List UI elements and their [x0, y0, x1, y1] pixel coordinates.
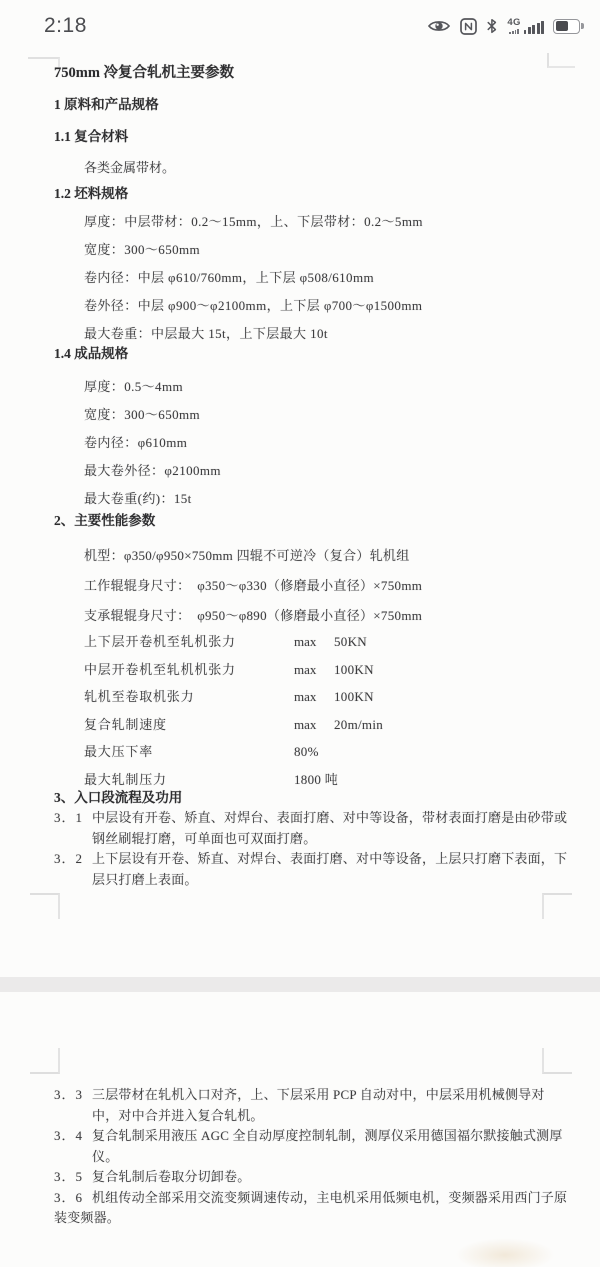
nfc-icon [460, 18, 477, 35]
status-icons: 4G [427, 18, 584, 35]
document-page-2[interactable]: 3．3三层带材在轧机入口对齐，上、下层采用 PCP 自动对中，中层采用机械侧导对… [54, 1085, 570, 1229]
doc-title: 750mm 冷复合轧机主要参数 [54, 63, 570, 83]
battery-fill [556, 21, 568, 31]
performance-table: 上下层开卷机至轧机张力max50KN 中层开卷机至轧机机张力max100KN 轧… [84, 628, 570, 793]
section-1-1-heading: 1.1 复合材料 [54, 127, 570, 147]
list-item-text: 上下层设有开卷、矫直、对焊台、表面打磨、对中等设备，上层只打磨下表面，下层只打磨… [92, 851, 567, 887]
product-spec-line: 卷内径：φ610mm [84, 429, 570, 457]
document-page-1[interactable]: 750mm 冷复合轧机主要参数 1 原料和产品规格 1.1 复合材料 各类金属带… [54, 63, 570, 890]
billet-spec-line: 卷内径：中层 φ610/760mm，上下层 φ508/610mm [84, 264, 570, 292]
eye-protection-icon [427, 18, 451, 34]
list-item-number: 3．4 [54, 1126, 92, 1147]
list-item-number: 3．3 [54, 1085, 92, 1106]
list-item-3-4: 3．4复合轧制采用液压 AGC 全自动厚度控制轧制，测厚仪采用德国福尔默接触式测… [54, 1126, 570, 1167]
section-1-1-body: 各类金属带材。 [84, 158, 570, 178]
section-2-heading: 2、主要性能参数 [54, 511, 570, 531]
performance-row: 中层开卷机至轧机机张力max100KN [84, 656, 570, 684]
list-item-text: 中层设有开卷、矫直、对焊台、表面打磨、对中等设备，带材表面打磨是由砂带或钢丝刷辊… [92, 810, 567, 846]
performance-row: 上下层开卷机至轧机张力max50KN [84, 628, 570, 656]
status-bar: 2:18 4G [0, 0, 600, 50]
battery-nub [581, 23, 584, 29]
performance-row: 最大压下率80% [84, 738, 570, 766]
product-spec-line: 最大卷重(约)：15t [84, 485, 570, 513]
page-corner-mark [30, 1048, 60, 1074]
list-item-number: 3．1 [54, 808, 92, 829]
signal-strength-icon: 4G [507, 18, 544, 34]
list-item-number: 3．2 [54, 849, 92, 870]
section-1-2-heading: 1.2 坯料规格 [54, 184, 570, 204]
list-item-number: 3．6 [54, 1188, 92, 1209]
list-item-text: 三层带材在轧机入口对齐，上、下层采用 PCP 自动对中，中层采用机械侧导对中，对… [92, 1087, 545, 1123]
page-corner-mark [542, 893, 572, 919]
list-item-3-1: 3．1中层设有开卷、矫直、对焊台、表面打磨、对中等设备，带材表面打磨是由砂带或钢… [54, 808, 570, 849]
performance-row: 轧机至卷取机张力max100KN [84, 683, 570, 711]
status-time: 2:18 [44, 14, 87, 38]
bluetooth-icon [486, 18, 498, 34]
product-spec-line: 宽度：300～650mm [84, 401, 570, 429]
list-item-text: 机组传动全部采用交流变频调速传动，主电机采用低频电机，变频器采用西门子原装变频器… [54, 1190, 567, 1226]
section-1-heading: 1 原料和产品规格 [54, 95, 570, 115]
page-corner-mark [542, 1048, 572, 1074]
page-corner-mark [28, 57, 60, 67]
list-item-text: 复合轧制后卷取分切卸卷。 [92, 1169, 250, 1184]
page-corner-mark [547, 53, 575, 68]
billet-spec-line: 卷外径：中层 φ900～φ2100mm，上下层 φ700～φ1500mm [84, 292, 570, 320]
machine-spec-line: 支承辊辊身尺寸： φ950～φ890（修磨最小直径）×750mm [84, 601, 570, 631]
sim2-signal-bars [509, 29, 518, 34]
list-item-3-6: 3．6机组传动全部采用交流变频调速传动，主电机采用低频电机，变频器采用西门子原装… [54, 1188, 570, 1229]
machine-spec-line: 工作辊辊身尺寸： φ350～φ330（修磨最小直径）×750mm [84, 571, 570, 601]
performance-row: 复合轧制速度max20m/min [84, 711, 570, 739]
billet-spec-line: 宽度：300～650mm [84, 236, 570, 264]
list-item-3-3: 3．3三层带材在轧机入口对齐，上、下层采用 PCP 自动对中，中层采用机械侧导对… [54, 1085, 570, 1126]
list-item-text: 复合轧制采用液压 AGC 全自动厚度控制轧制，测厚仪采用德国福尔默接触式测厚仪。 [92, 1128, 563, 1164]
list-item-3-2: 3．2上下层设有开卷、矫直、对焊台、表面打磨、对中等设备，上层只打磨下表面，下层… [54, 849, 570, 890]
product-spec-line: 最大卷外径：φ2100mm [84, 457, 570, 485]
page-corner-mark [30, 893, 60, 919]
battery-icon [553, 19, 584, 34]
photo-smudge [455, 1238, 555, 1267]
machine-spec-line: 机型：φ350/φ950×750mm 四辊不可逆冷（复合）轧机组 [84, 541, 570, 571]
product-spec-line: 厚度：0.5～4mm [84, 373, 570, 401]
billet-spec-line: 厚度：中层带材：0.2～15mm，上、下层带材：0.2～5mm [84, 208, 570, 236]
list-item-3-5: 3．5复合轧制后卷取分切卸卷。 [54, 1167, 570, 1188]
page-separator-band [0, 977, 600, 992]
sim1-signal-bars [524, 21, 544, 34]
network-type-label: 4G [507, 18, 520, 28]
list-item-number: 3．5 [54, 1167, 92, 1188]
